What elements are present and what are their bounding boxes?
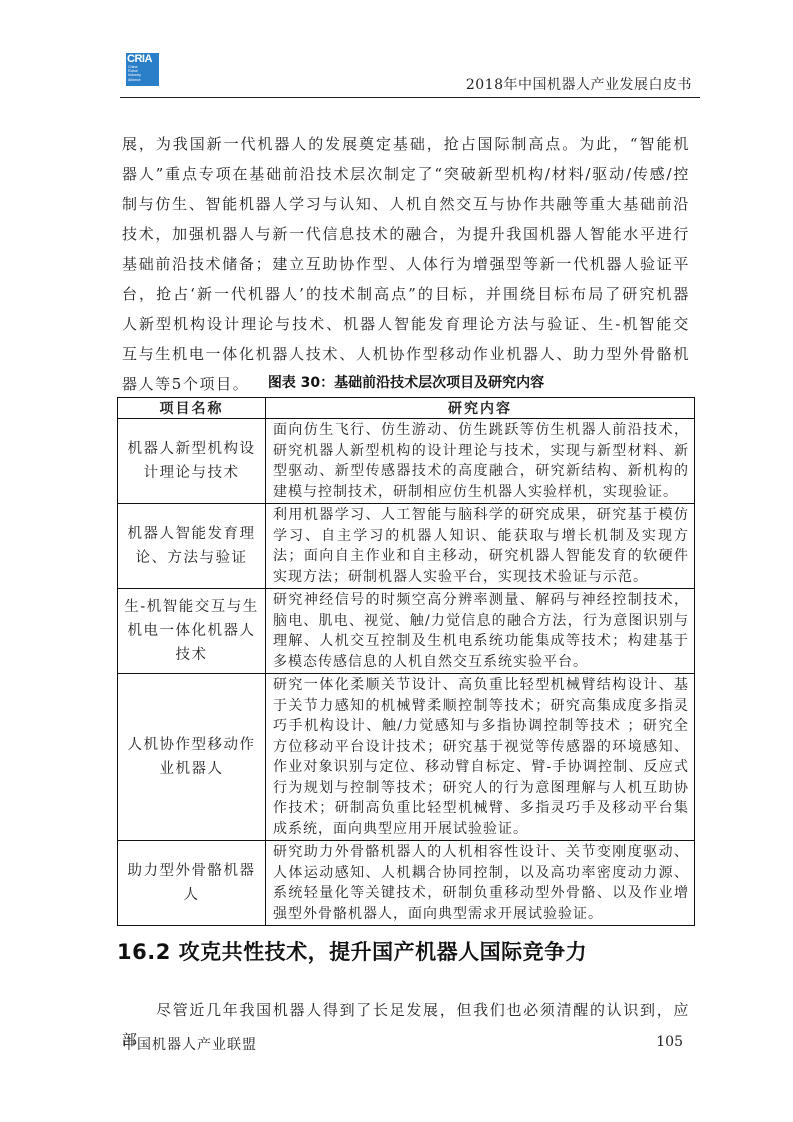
table-row: 机器人智能发育理论、方法与验证 利用机器学习、人工智能与脑科学的研究成果，研究基… [118, 504, 695, 589]
research-content-cell: 研究助力外骨骼机器人的人机相容性设计、关节变刚度驱动、人体运动感知、人机耦合协同… [266, 841, 695, 926]
research-content-cell: 研究一体化柔顺关节设计、高负重比轻型机械臂结构设计、基于关节力感知的机械臂柔顺控… [266, 674, 695, 841]
project-name-cell: 人机协作型移动作业机器人 [118, 674, 266, 841]
project-name-cell: 机器人新型机构设计理论与技术 [118, 419, 266, 504]
table-row: 助力型外骨骼机器人 研究助力外骨骼机器人的人机相容性设计、关节变刚度驱动、人体运… [118, 841, 695, 926]
project-name-cell: 生-机智能交互与生机电一体化机器人技术 [118, 589, 266, 674]
column-header-research-content: 研究内容 [266, 398, 695, 419]
running-header-title: 2018年中国机器人产业发展白皮书 [466, 74, 692, 94]
project-name-cell: 助力型外骨骼机器人 [118, 841, 266, 926]
table-header-row: 项目名称 研究内容 [118, 398, 695, 419]
cria-logo: CRIA China Robot Industry Alliance [126, 53, 159, 86]
table-row: 人机协作型移动作业机器人 研究一体化柔顺关节设计、高负重比轻型机械臂结构设计、基… [118, 674, 695, 841]
logo-wordmark: CRIA [126, 54, 159, 65]
research-content-cell: 研究神经信号的时频空高分辨率测量、解码与神经控制技术，脑电、肌电、视觉、触/力觉… [266, 589, 695, 674]
research-content-cell: 利用机器学习、人工智能与脑科学的研究成果，研究基于模仿学习、自主学习的机器人知识… [266, 504, 695, 589]
section-heading: 16.2 攻克共性技术，提升国产机器人国际竞争力 [117, 936, 587, 966]
footer-organization: 中国机器人产业联盟 [122, 1034, 257, 1054]
intro-paragraph: 展，为我国新一代机器人的发展奠定基础，抢占国际制高点。为此，“智能机器人”重点专… [122, 129, 690, 399]
research-content-cell: 面向仿生飞行、仿生游动、仿生跳跃等仿生机器人前沿技术，研究机器人新型机构的设计理… [266, 419, 695, 504]
header-divider [120, 97, 700, 98]
page-number: 105 [656, 1034, 683, 1050]
logo-subtitle-4: Alliance [126, 78, 159, 82]
table-row: 机器人新型机构设计理论与技术 面向仿生飞行、仿生游动、仿生跳跃等仿生机器人前沿技… [118, 419, 695, 504]
research-table: 项目名称 研究内容 机器人新型机构设计理论与技术 面向仿生飞行、仿生游动、仿生跳… [117, 397, 695, 926]
table-row: 生-机智能交互与生机电一体化机器人技术 研究神经信号的时频空高分辨率测量、解码与… [118, 589, 695, 674]
table-caption: 图表 30：基础前沿技术层次项目及研究内容 [117, 372, 695, 392]
project-name-cell: 机器人智能发育理论、方法与验证 [118, 504, 266, 589]
column-header-project-name: 项目名称 [118, 398, 266, 419]
